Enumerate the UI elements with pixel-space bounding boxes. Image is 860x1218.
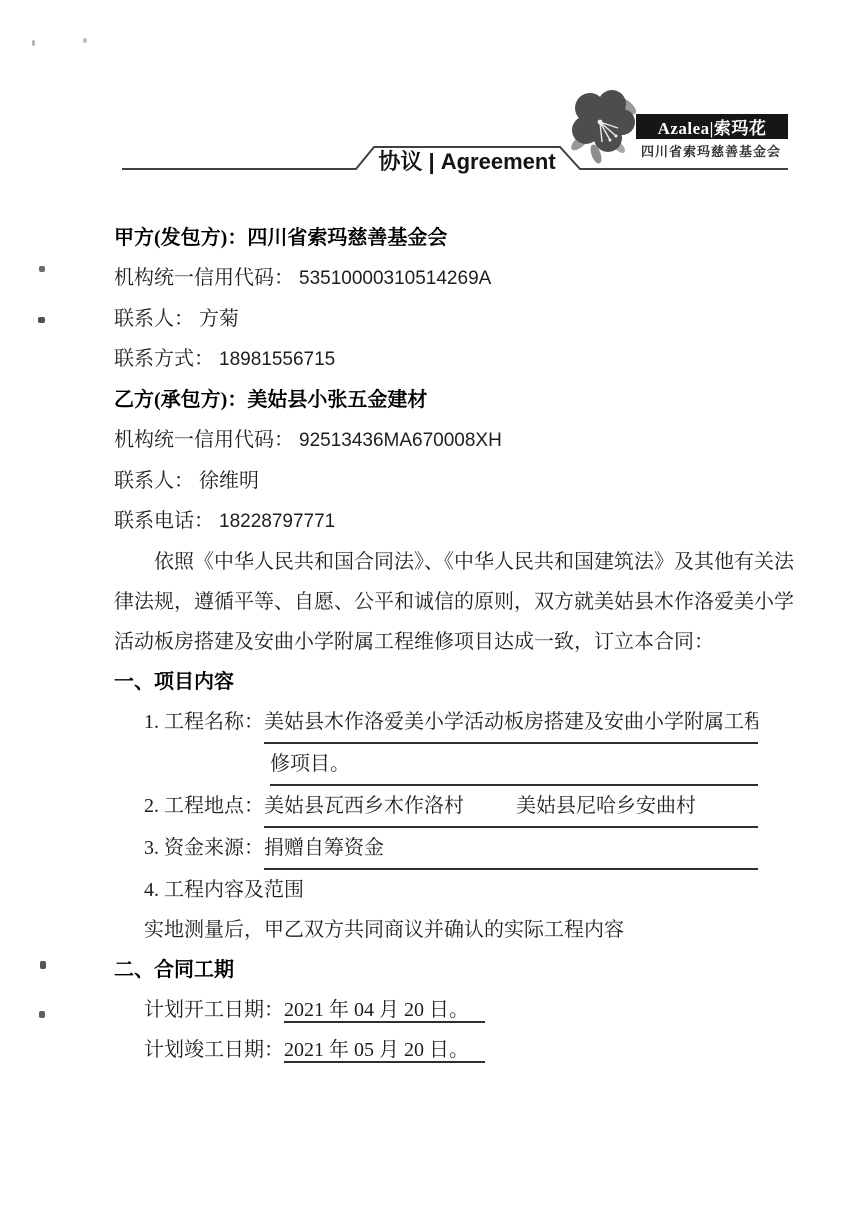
item1-label: 1. 工程名称： <box>144 702 264 744</box>
item2-value-1: 美姑县瓦西乡木作洛村 <box>264 795 464 817</box>
item-project-location-line: 2. 工程地点： 美姑县瓦西乡木作洛村美姑县尼哈乡安曲村 <box>114 786 788 828</box>
party-b-phone: 18228797771 <box>219 511 335 532</box>
party-b-credit-code-line: 机构统一信用代码： 92513436MA670008XH <box>114 420 788 461</box>
party-a-credit-code-line: 机构统一信用代码： 53510000310514269A <box>114 258 788 299</box>
field-label: 联系方式： <box>114 348 219 370</box>
start-date-label: 计划开工日期： <box>144 999 284 1021</box>
item1-value-line1: 美姑县木作洛爱美小学活动板房搭建及安曲小学附属工程维 <box>264 711 758 733</box>
party-b-contact-line: 联系人： 徐维明 <box>114 461 788 501</box>
start-date-value: 2021 年 04 月 20 日。 <box>284 999 485 1023</box>
field-label: 机构统一信用代码： <box>114 429 299 451</box>
scan-speck <box>39 1011 45 1018</box>
party-a-heading: 甲方(发包方)：四川省索玛慈善基金会 <box>114 218 788 258</box>
item-funding-source-line: 3. 资金来源： 捐赠自筹资金 <box>114 828 788 870</box>
item-scope-note: 实地测量后，甲乙双方共同商议并确认的实际工程内容 <box>114 910 788 950</box>
party-b-credit-code: 92513436MA670008XH <box>299 430 502 451</box>
scan-speck <box>83 38 87 43</box>
field-label: 联系人： <box>114 470 199 492</box>
section-1-heading: 一、项目内容 <box>114 662 788 702</box>
planned-start-date-line: 计划开工日期：2021 年 04 月 20 日。 <box>114 990 788 1030</box>
azalea-flower-icon <box>566 84 640 166</box>
planned-finish-date-line: 计划竣工日期：2021 年 05 月 20 日。 <box>114 1030 788 1070</box>
party-b-phone-line: 联系电话： 18228797771 <box>114 501 788 542</box>
scan-speck <box>40 961 46 969</box>
item1-value-line2: 修项目。 <box>270 753 350 775</box>
preamble-line-3: 活动板房搭建及安曲小学附属工程维修项目达成一致，订立本合同： <box>114 622 788 662</box>
item-project-name-line-1: 1. 工程名称： 美姑县木作洛爱美小学活动板房搭建及安曲小学附属工程维 <box>114 702 788 744</box>
scan-speck <box>32 40 35 46</box>
item3-underline: 捐赠自筹资金 <box>264 828 758 870</box>
section-2-heading: 二、合同工期 <box>114 950 788 990</box>
party-a-contact-name: 方菊 <box>199 308 239 330</box>
finish-date-value: 2021 年 05 月 20 日。 <box>284 1039 485 1063</box>
preamble-line-1: 依照《中华人民共和国合同法》、《中华人民共和国建筑法》及其他有关法 <box>114 542 788 582</box>
finish-date-label: 计划竣工日期： <box>144 1039 284 1061</box>
item3-value: 捐赠自筹资金 <box>264 837 384 859</box>
logo-brand: Azalea|索玛花 <box>636 114 788 139</box>
item2-value-2: 美姑县尼哈乡安曲村 <box>516 795 696 817</box>
party-a-phone-line: 联系方式： 18981556715 <box>114 339 788 380</box>
item2-label: 2. 工程地点： <box>144 786 264 828</box>
party-a-phone: 18981556715 <box>219 349 335 370</box>
field-label: 机构统一信用代码： <box>114 267 299 289</box>
party-a-contact-line: 联系人： 方菊 <box>114 299 788 339</box>
party-b-contact-name: 徐维明 <box>199 470 259 492</box>
field-label: 联系人： <box>114 308 199 330</box>
item-scope-label: 4. 工程内容及范围 <box>114 870 788 910</box>
party-a-credit-code: 53510000310514269A <box>299 268 491 289</box>
page-title: 协议 | Agreement <box>372 146 562 174</box>
preamble-line-2: 律法规，遵循平等、自愿、公平和诚信的原则，双方就美姑县木作洛爱美小学 <box>114 582 788 622</box>
contract-body: 甲方(发包方)：四川省索玛慈善基金会 机构统一信用代码： 53510000310… <box>114 218 788 1070</box>
item1-underline-continued: 修项目。 <box>270 744 758 786</box>
item2-underline: 美姑县瓦西乡木作洛村美姑县尼哈乡安曲村 <box>264 786 758 828</box>
scan-speck <box>39 266 45 272</box>
logo-org-name: 四川省索玛慈善基金会 <box>633 141 789 160</box>
scan-speck <box>38 317 45 323</box>
item1-underline: 美姑县木作洛爱美小学活动板房搭建及安曲小学附属工程维 <box>264 702 758 744</box>
item3-label: 3. 资金来源： <box>144 828 264 870</box>
agreement-document-page: 协议 | Agreement Az <box>0 0 860 1218</box>
party-b-heading: 乙方(承包方)：美姑县小张五金建材 <box>114 380 788 420</box>
field-label: 联系电话： <box>114 510 219 532</box>
item-project-name-line-2: 修项目。 <box>270 744 788 786</box>
